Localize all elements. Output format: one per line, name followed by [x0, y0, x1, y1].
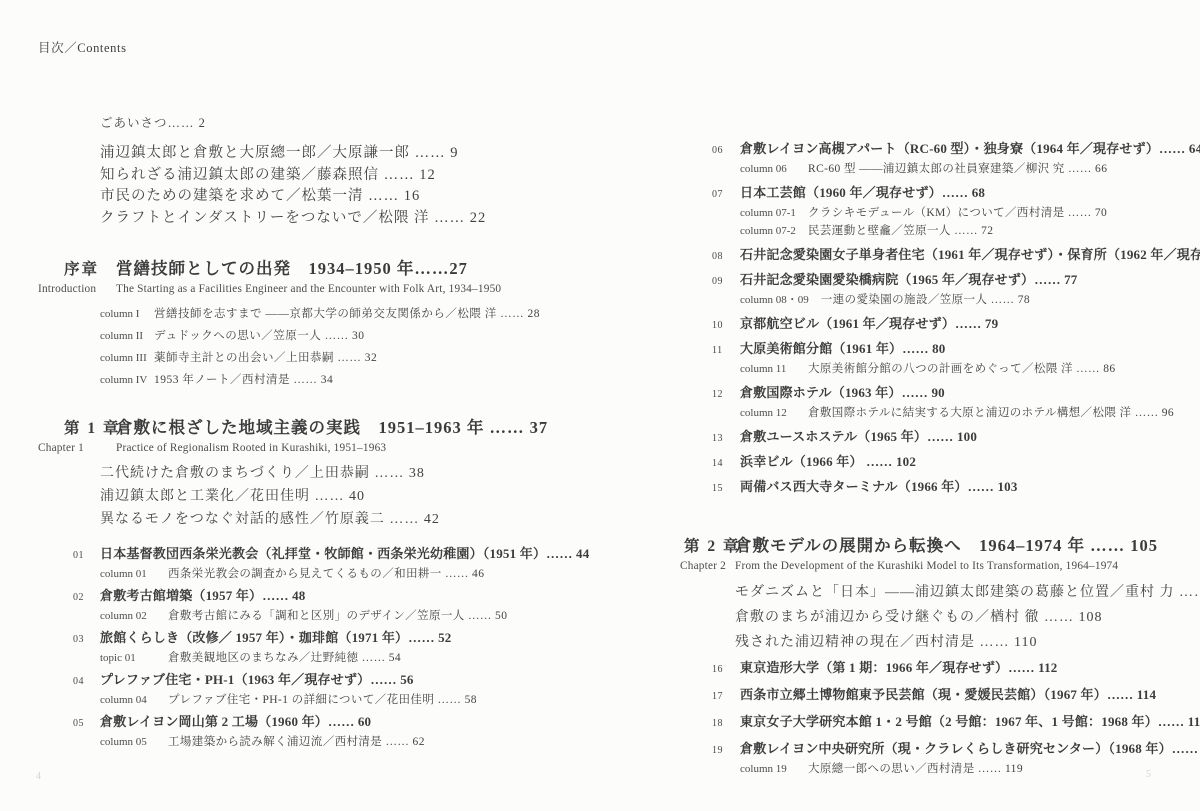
work-list-chapter1-continued: 06 倉敷レイヨン高槻アパート（RC-60 型）・独身寮（1964 年／現存せず… — [712, 142, 1185, 494]
toc-entry-column: column 04 プレファブ住宅・PH-1 の詳細について／花田佳明 …… 5… — [100, 694, 618, 706]
toc-entry-greeting: ごあいさつ…… 2 — [100, 116, 618, 130]
work-number: 04 — [73, 676, 100, 687]
toc-work-item: 03 旅館くらしき（改修／ 1957 年）・珈琲館（1971 年）…… 52 t… — [73, 631, 618, 664]
work-title: 大原美術館分館（1961 年）…… 80 — [740, 342, 946, 356]
work-number: 10 — [712, 320, 740, 331]
toc-entry-column: column 05 工場建築から読み解く浦辺流／西村清是 …… 62 — [100, 736, 618, 748]
work-title: 倉敷レイヨン岡山第 2 工場（1960 年）…… 60 — [100, 715, 371, 729]
toc-work-item: 11 大原美術館分館（1961 年）…… 80 column 11 大原美術館分… — [712, 342, 1185, 375]
toc-work-item: 07 日本工芸館（1960 年／現存せず）…… 68 column 07-1 ク… — [712, 186, 1185, 237]
work-number: 03 — [73, 634, 100, 645]
chapter-label-en: Chapter 1 — [38, 442, 116, 455]
toc-work-item: 09 石井記念愛染園愛染橋病院（1965 年／現存せず）…… 77 column… — [712, 273, 1185, 306]
toc-entry-essay: 残された浦辺精神の現在／西村清是 …… 110 — [735, 636, 1185, 650]
work-title: 浜幸ビル（1966 年） …… 102 — [740, 455, 916, 469]
work-number: 14 — [712, 458, 740, 469]
work-number: 09 — [712, 276, 740, 287]
work-title: 東京女子大学研究本館 1・2 号館（2 号館：1967 年、1 号館：1968 … — [740, 715, 1200, 729]
toc-entry-column: column 01 西条栄光教会の調査から見えてくるもの／和田耕一 …… 46 — [100, 568, 618, 580]
toc-entry-column: column I 営繕技師を志すまで ――京都大学の師弟交友関係から／松隈 洋 … — [100, 308, 618, 320]
essay-list: 二代続けた倉敷のまちづくり／上田恭嗣 …… 38 浦辺鎮太郎と工業化／花田佳明 … — [100, 467, 618, 527]
toc-entry-column: column 02 倉敷考古館にみる「調和と区別」のデザイン／笠原一人 …… 5… — [100, 610, 618, 622]
work-number: 08 — [712, 251, 740, 262]
toc-entry-essay: 二代続けた倉敷のまちづくり／上田恭嗣 …… 38 — [100, 467, 618, 481]
work-list-chapter1: 01 日本基督教団西条栄光教会（礼拝堂・牧師館・西条栄光幼稚園）（1951 年）… — [73, 547, 618, 748]
chapter-label: 第 2 章 — [680, 534, 735, 556]
work-title: 倉敷ユースホステル（1965 年）…… 100 — [740, 430, 977, 444]
work-number: 02 — [73, 592, 100, 603]
work-title: 日本工芸館（1960 年／現存せず）…… 68 — [740, 186, 985, 200]
toc-work-item: 06 倉敷レイヨン高槻アパート（RC-60 型）・独身寮（1964 年／現存せず… — [712, 142, 1185, 175]
chapter-title-en: From the Development of the Kurashiki Mo… — [735, 560, 1185, 573]
work-title: 日本基督教団西条栄光教会（礼拝堂・牧師館・西条栄光幼稚園）（1951 年）…… … — [100, 547, 589, 561]
toc-entry-column: topic 01 倉敷美観地区のまちなみ／辻野純徳 …… 54 — [100, 652, 618, 664]
section-chapter-1: 第 1 章 倉敷に根ざした地域主義の実践 1951–1963 年 …… 37 C… — [38, 416, 618, 748]
toc-entry-column: column 19 大原總一郎への思い／西村清是 …… 119 — [740, 763, 1185, 775]
section-introduction: 序章 営繕技師としての出発 1934–1950 年……27 Introducti… — [38, 257, 618, 386]
work-number: 13 — [712, 433, 740, 444]
right-page: 06 倉敷レイヨン高槻アパート（RC-60 型）・独身寮（1964 年／現存せず… — [680, 122, 1185, 775]
work-number: 18 — [712, 718, 740, 729]
chapter-title-en: Practice of Regionalism Rooted in Kurash… — [116, 442, 618, 455]
page-title: 目次／Contents — [38, 40, 618, 56]
toc-entry-column: column 06 RC-60 型 ――浦辺鎮太郎の社員寮建築／柳沢 究 …… … — [740, 163, 1185, 175]
toc-work-item: 18 東京女子大学研究本館 1・2 号館（2 号館：1967 年、1 号館：19… — [712, 715, 1185, 729]
toc-work-item: 16 東京造形大学（第 1 期：1966 年／現存せず）…… 112 — [712, 661, 1185, 675]
toc-entry-essay: 市民のための建築を求めて／松葉一清 …… 16 — [100, 186, 618, 208]
toc-work-item: 10 京都航空ビル（1961 年／現存せず）…… 79 — [712, 317, 1185, 331]
work-title: 倉敷国際ホテル（1963 年）…… 90 — [740, 386, 945, 400]
toc-work-item: 17 西条市立郷土博物館東予民芸館（現・愛媛民芸館）（1967 年）…… 114 — [712, 688, 1185, 702]
work-title: 倉敷レイヨン高槻アパート（RC-60 型）・独身寮（1964 年／現存せず）……… — [740, 142, 1200, 156]
chapter-title: 倉敷モデルの展開から転換へ 1964–1974 年 …… 105 — [735, 537, 1185, 555]
toc-entry-column: column IV 1953 年ノート／西村清是 …… 34 — [100, 374, 618, 386]
chapter-label-en: Introduction — [38, 283, 116, 296]
page-number-right: 5 — [1146, 769, 1151, 780]
work-title: 倉敷考古館増築（1957 年）…… 48 — [100, 589, 306, 603]
toc-entry-column: column II デュドックへの思い／笠原一人 …… 30 — [100, 330, 618, 342]
work-number: 06 — [712, 145, 740, 156]
page-number-left: 4 — [36, 771, 41, 782]
chapter-label-en: Chapter 2 — [680, 560, 735, 573]
toc-work-item: 15 両備バス西大寺ターミナル（1966 年）…… 103 — [712, 480, 1185, 494]
left-page: 目次／Contents ごあいさつ…… 2 浦辺鎮太郎と倉敷と大原總一郎／大原謙… — [38, 40, 618, 748]
work-number: 19 — [712, 745, 740, 756]
work-title: 東京造形大学（第 1 期：1966 年／現存せず）…… 112 — [740, 661, 1057, 675]
toc-entry-column: column 07-1 クラシキモデュール（KM）について／西村清是 …… 70 — [740, 207, 1185, 219]
toc-entry-column: column 08・09 一連の愛染園の施設／笠原一人 …… 78 — [740, 294, 1185, 306]
work-title: 京都航空ビル（1961 年／現存せず）…… 79 — [740, 317, 998, 331]
work-number: 15 — [712, 483, 740, 494]
section-chapter-2: 第 2 章 倉敷モデルの展開から転換へ 1964–1974 年 …… 105 C… — [680, 534, 1185, 650]
work-number: 17 — [712, 691, 740, 702]
toc-work-item: 14 浜幸ビル（1966 年） …… 102 — [712, 455, 1185, 469]
toc-work-item: 01 日本基督教団西条栄光教会（礼拝堂・牧師館・西条栄光幼稚園）（1951 年）… — [73, 547, 618, 580]
toc-entry-column: column 07-2 民芸運動と壁龕／笠原一人 …… 72 — [740, 225, 1185, 237]
work-title: 両備バス西大寺ターミナル（1966 年）…… 103 — [740, 480, 1018, 494]
work-title: プレファブ住宅・PH-1（1963 年／現存せず）…… 56 — [100, 673, 414, 687]
work-list-chapter2: 16 東京造形大学（第 1 期：1966 年／現存せず）…… 112 17 西条… — [712, 661, 1185, 775]
toc-work-item: 02 倉敷考古館増築（1957 年）…… 48 column 02 倉敷考古館に… — [73, 589, 618, 622]
work-title: 西条市立郷土博物館東予民芸館（現・愛媛民芸館）（1967 年）…… 114 — [740, 688, 1156, 702]
work-number: 12 — [712, 389, 740, 400]
toc-work-item: 05 倉敷レイヨン岡山第 2 工場（1960 年）…… 60 column 05… — [73, 715, 618, 748]
front-matter: ごあいさつ…… 2 浦辺鎮太郎と倉敷と大原總一郎／大原謙一郎 …… 9 知られざ… — [100, 116, 618, 229]
work-number: 01 — [73, 550, 100, 561]
work-title: 石井記念愛染園愛染橋病院（1965 年／現存せず）…… 77 — [740, 273, 1078, 287]
chapter-label: 第 1 章 — [38, 416, 116, 438]
toc-entry-essay: 浦辺鎮太郎と倉敷と大原總一郎／大原謙一郎 …… 9 — [100, 143, 618, 165]
chapter-title: 倉敷に根ざした地域主義の実践 1951–1963 年 …… 37 — [116, 419, 618, 437]
work-number: 07 — [712, 189, 740, 200]
toc-entry-essay: 異なるモノをつなぐ対話的感性／竹原義二 …… 42 — [100, 513, 618, 527]
toc-work-item: 12 倉敷国際ホテル（1963 年）…… 90 column 12 倉敷国際ホテ… — [712, 386, 1185, 419]
toc-entry-column: column 11 大原美術館分館の八つの計画をめぐって／松隈 洋 …… 86 — [740, 363, 1185, 375]
toc-entry-essay: 知られざる浦辺鎮太郎の建築／藤森照信 …… 12 — [100, 165, 618, 187]
essay-list: モダニズムと「日本」――浦辺鎮太郎建築の葛藤と位置／重村 力 …… 106 倉敷… — [735, 586, 1185, 650]
column-list: column I 営繕技師を志すまで ――京都大学の師弟交友関係から／松隈 洋 … — [100, 308, 618, 386]
toc-entry-column: column III 薬師寺主計との出会い／上田恭嗣 …… 32 — [100, 352, 618, 364]
work-number: 05 — [73, 718, 100, 729]
toc-entry-essay: モダニズムと「日本」――浦辺鎮太郎建築の葛藤と位置／重村 力 …… 106 — [735, 586, 1185, 600]
toc-entry-essay: クラフトとインダストリーをつないで／松隈 洋 …… 22 — [100, 208, 618, 230]
toc-work-item: 19 倉敷レイヨン中央研究所（現・クラレくらしき研究センター）（1968 年）…… — [712, 742, 1185, 775]
toc-entry-essay: 浦辺鎮太郎と工業化／花田佳明 …… 40 — [100, 490, 618, 504]
work-title: 石井記念愛染園女子単身者住宅（1961 年／現存せず）・保育所（1962 年／現… — [740, 248, 1200, 262]
toc-entry-essay: 倉敷のまちが浦辺から受け継ぐもの／楢村 徹 …… 108 — [735, 611, 1185, 625]
toc-entry-column: column 12 倉敷国際ホテルに結実する大原と浦辺のホテル構想／松隈 洋 …… — [740, 407, 1185, 419]
chapter-title-en: The Starting as a Facilities Engineer an… — [116, 283, 618, 296]
work-title: 旅館くらしき（改修／ 1957 年）・珈琲館（1971 年）…… 52 — [100, 631, 452, 645]
toc-work-item: 08 石井記念愛染園女子単身者住宅（1961 年／現存せず）・保育所（1962 … — [712, 248, 1185, 262]
work-number: 16 — [712, 664, 740, 675]
chapter-title: 営繕技師としての出発 1934–1950 年……27 — [116, 260, 618, 278]
toc-work-item: 04 プレファブ住宅・PH-1（1963 年／現存せず）…… 56 column… — [73, 673, 618, 706]
work-number: 11 — [712, 345, 740, 356]
work-title: 倉敷レイヨン中央研究所（現・クラレくらしき研究センター）（1968 年）…… 1… — [740, 742, 1200, 756]
toc-work-item: 13 倉敷ユースホステル（1965 年）…… 100 — [712, 430, 1185, 444]
chapter-label: 序章 — [38, 257, 116, 279]
toc-spread: 目次／Contents ごあいさつ…… 2 浦辺鎮太郎と倉敷と大原總一郎／大原謙… — [0, 0, 1200, 811]
